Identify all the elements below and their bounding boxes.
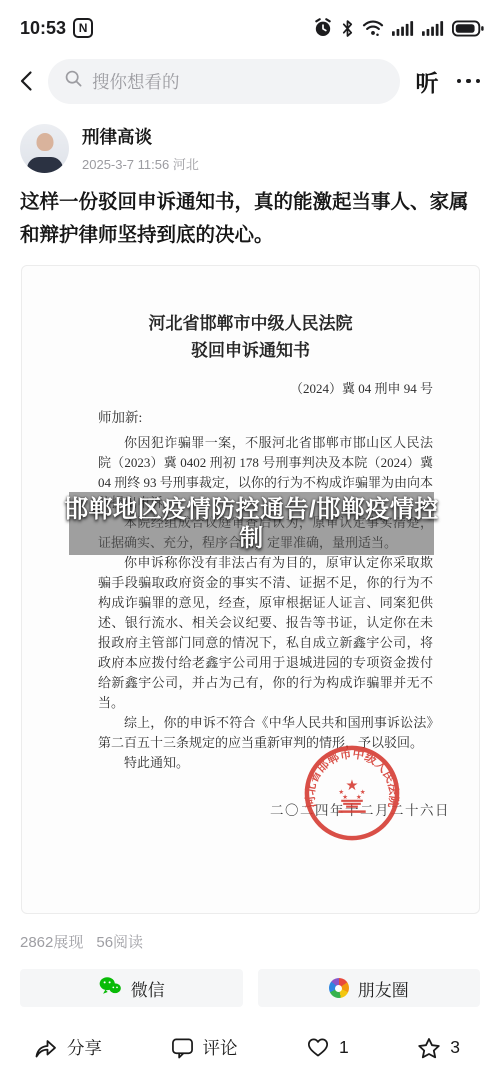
wechat-share-label: 微信 xyxy=(131,976,165,1001)
author-row: 刑律高谈 2025-3-7 11:56 河北 xyxy=(0,124,500,173)
search-placeholder: 搜你想看的 xyxy=(92,69,180,94)
share-button[interactable]: 分享 xyxy=(34,1035,102,1060)
repost-button[interactable]: 3 xyxy=(417,1037,460,1059)
status-bar: 10:53 N xyxy=(0,0,500,46)
repost-count: 3 xyxy=(450,1037,460,1058)
star-icon xyxy=(417,1037,441,1059)
moments-share-button[interactable]: 朋友圈 xyxy=(258,969,481,1007)
reads-count: 56阅读 xyxy=(96,931,143,952)
post-text: 这样一份驳回申诉通知书，真的能激起当事人、家属和辩护律师坚持到底的决心。 xyxy=(0,186,500,252)
document-paragraph: 你申诉称你没有非法占有为目的，原审认定你采取欺骗手段骗取政府资金的事实不清、证据… xyxy=(98,553,433,713)
court-seal: 河北省邯郸市中级人民法院 ★ ★ ★ ★ ★ xyxy=(303,744,401,842)
signal-icon-sim1 xyxy=(392,20,414,37)
back-button[interactable] xyxy=(14,68,40,94)
battery-icon xyxy=(452,20,484,37)
wifi-icon xyxy=(362,19,384,37)
wechat-share-button[interactable]: 微信 xyxy=(20,969,243,1007)
nav-bar: 搜你想看的 听 xyxy=(0,46,500,110)
moments-icon xyxy=(329,978,349,998)
bluetooth-icon xyxy=(341,19,354,38)
avatar-suit xyxy=(27,157,63,173)
national-emblem-icon: ★ ★ ★ ★ ★ xyxy=(338,778,366,812)
watermark-caption-line1: 邯郸地区疫情防控通告/邯郸疫情控 xyxy=(64,495,439,524)
case-number: （2024）冀 04 刑申 94 号 xyxy=(98,379,433,399)
like-button[interactable]: 1 xyxy=(306,1037,349,1058)
watermark-caption: 邯郸地区疫情防控通告/邯郸疫情控 制 xyxy=(69,492,434,555)
author-name[interactable]: 刑律高谈 xyxy=(82,124,199,149)
salutation: 师加新: xyxy=(98,408,433,428)
post-timestamp: 2025-3-7 11:56 河北 xyxy=(82,154,199,173)
share-row: 微信 朋友圈 xyxy=(20,969,480,1007)
listen-button[interactable]: 听 xyxy=(416,65,439,98)
signal-icon-sim2 xyxy=(422,20,444,37)
svg-text:★: ★ xyxy=(345,778,358,794)
impressions-count: 2862展现 xyxy=(20,931,83,952)
document-title: 河北省邯郸市中级人民法院 驳回申诉通知书 xyxy=(22,310,479,364)
share-arrow-icon xyxy=(34,1037,58,1059)
alarm-icon xyxy=(313,18,333,38)
comment-button[interactable]: 评论 xyxy=(171,1035,238,1060)
like-count: 1 xyxy=(339,1037,349,1058)
share-label: 分享 xyxy=(67,1035,102,1060)
avatar[interactable] xyxy=(20,124,69,173)
search-icon xyxy=(64,69,83,93)
heart-icon xyxy=(306,1037,330,1058)
search-input[interactable]: 搜你想看的 xyxy=(48,59,400,104)
avatar-head xyxy=(36,133,53,151)
comment-label: 评论 xyxy=(203,1035,238,1060)
moments-share-label: 朋友圈 xyxy=(358,976,409,1001)
more-options-icon[interactable] xyxy=(455,75,483,88)
wechat-icon xyxy=(98,975,122,1001)
post-stats: 2862展现 56阅读 xyxy=(0,931,500,952)
document-title-line1: 河北省邯郸市中级人民法院 xyxy=(22,310,479,337)
comment-bubble-icon xyxy=(171,1037,194,1059)
nfc-icon: N xyxy=(73,18,93,38)
bottom-action-bar: 分享 评论 1 3 xyxy=(0,1022,500,1079)
document-title-line2: 驳回申诉通知书 xyxy=(22,337,479,364)
watermark-caption-line2: 制 xyxy=(239,524,264,553)
document-image[interactable]: 河北省邯郸市中级人民法院 驳回申诉通知书 （2024）冀 04 刑申 94 号 … xyxy=(21,265,480,914)
clock-time: 10:53 xyxy=(20,18,66,39)
